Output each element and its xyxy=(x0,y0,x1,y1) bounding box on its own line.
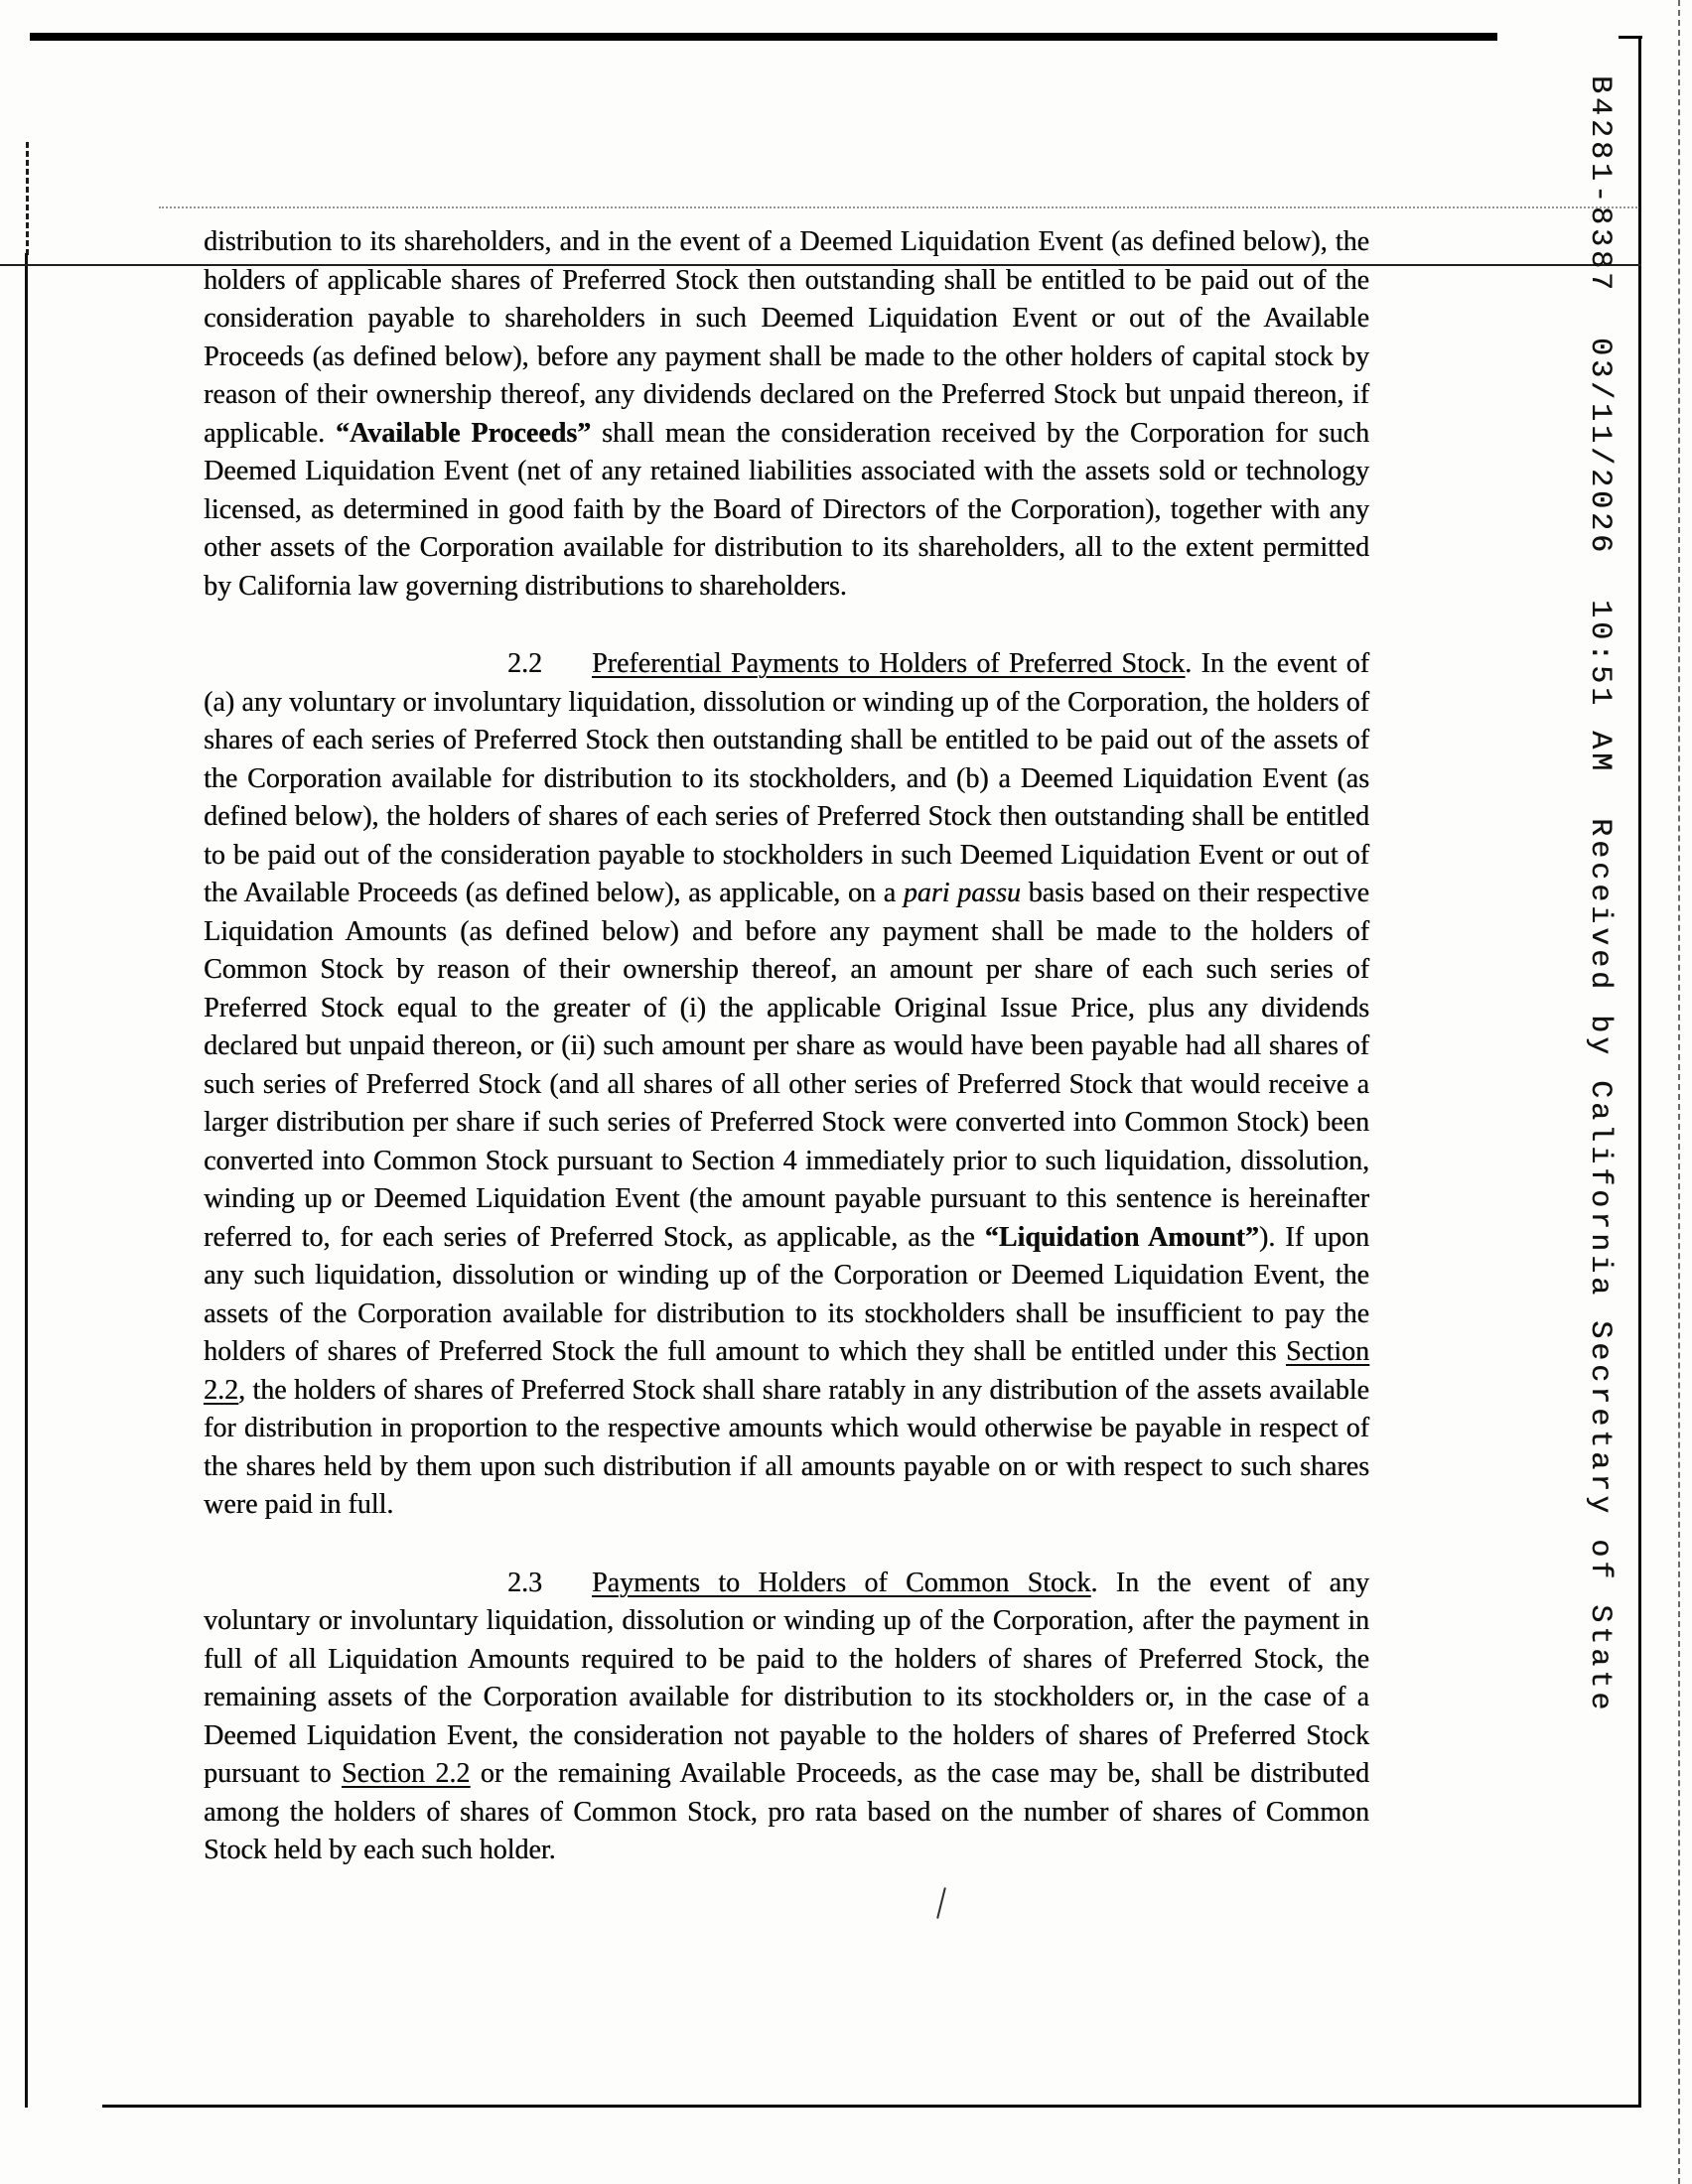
document-body: distribution to its shareholders, and in… xyxy=(204,223,1369,1910)
section-2-3-paragraph: 2.3Payments to Holders of Common Stock. … xyxy=(204,1565,1369,1870)
right-margin-rule xyxy=(1638,36,1641,2108)
section-2-2-paragraph: 2.2Preferential Payments to Holders of P… xyxy=(204,645,1369,1525)
scan-left-dashed-line xyxy=(26,142,29,255)
scan-dotted-fold-line xyxy=(159,206,1640,208)
filing-receipt-stamp: B4281-8387 03/11/2026 10:51 AM Received … xyxy=(1583,75,1617,1713)
scan-right-edge-line xyxy=(1678,0,1680,2184)
paragraph-continuation: distribution to its shareholders, and in… xyxy=(204,223,1369,606)
scan-bottom-rule xyxy=(102,2105,1640,2108)
scanned-document-page: B4281-8387 03/11/2026 10:51 AM Received … xyxy=(0,0,1692,2184)
scan-top-bar xyxy=(30,33,1497,41)
scan-left-edge-line xyxy=(25,253,28,2108)
